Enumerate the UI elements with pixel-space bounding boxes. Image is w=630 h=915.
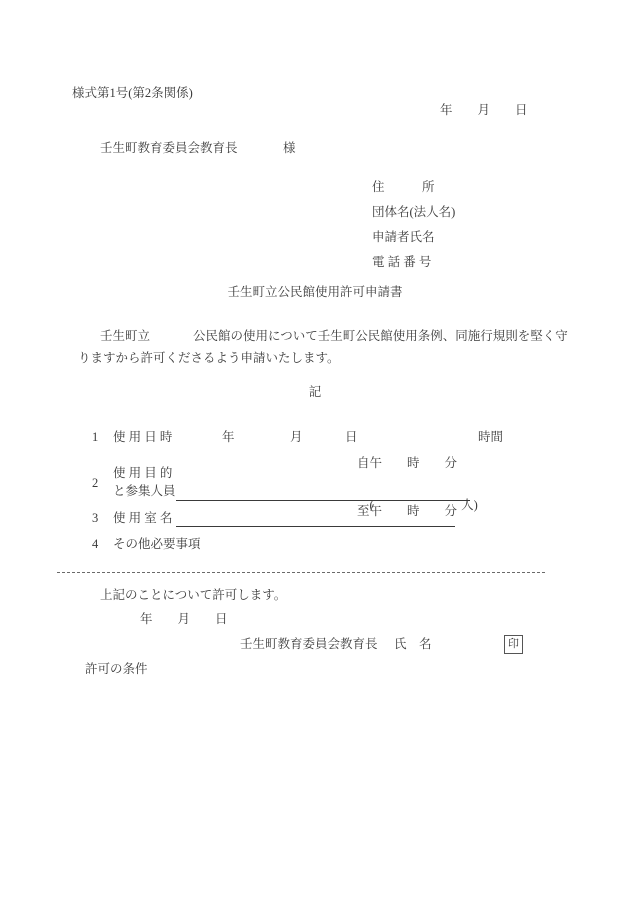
addressee-name: 壬生町教育委員会教育長: [100, 141, 238, 156]
item1-number: 1: [92, 430, 98, 445]
item1-usage-datetime-label: 使 用 日 時: [113, 430, 172, 445]
body-statement-line1: 公民館の使用について壬生町公民館使用条例、同施行規則を堅く守: [193, 329, 568, 344]
usage-month-label: 月: [290, 430, 303, 445]
document-title: 壬生町立公民館使用許可申請書: [0, 285, 630, 300]
usage-room-fill-line: [176, 511, 455, 527]
record-marker: 記: [0, 385, 630, 400]
usage-duration-label: 時間: [478, 430, 503, 445]
permit-conditions-label: 許可の条件: [85, 662, 148, 677]
usage-day-label: 日: [345, 430, 358, 445]
item2-purpose-label-line2: と参集人員: [113, 484, 176, 499]
usage-purpose-fill-line: ( 人): [176, 483, 470, 501]
usage-year-label: 年: [222, 430, 235, 445]
body-statement-line2: りますから許可くださるよう申請いたします。: [78, 351, 340, 366]
body-hall-name-prefix: 壬生町立: [100, 329, 150, 344]
addressee-honorific: 様: [283, 141, 296, 156]
application-date-blank: 年 月 日: [440, 103, 528, 118]
item3-room-label: 使 用 室 名: [113, 511, 172, 526]
form-style-number: 様式第1号(第2条関係): [72, 86, 193, 101]
item4-other-label: その他必要事項: [113, 537, 201, 552]
item3-number: 3: [92, 511, 98, 526]
cut-line-divider: [57, 572, 545, 573]
item2-number: 2: [92, 476, 98, 491]
approval-statement: 上記のことについて許可します。: [100, 588, 286, 603]
usage-time-from: 自午 時 分: [357, 455, 457, 471]
application-form-page: 様式第1号(第2条関係) 年 月 日 壬生町教育委員会教育長 様 住 所 団体名…: [0, 0, 630, 915]
applicant-organization-label: 団体名(法人名): [372, 205, 455, 220]
approval-seal-mark: 印: [504, 635, 523, 654]
approval-date-blank: 年 月 日: [140, 612, 228, 627]
applicant-address-label: 住 所: [372, 180, 435, 195]
applicant-phone-label: 電 話 番 号: [372, 255, 431, 270]
approver-name-label: 氏 名: [394, 637, 432, 652]
item4-number: 4: [92, 537, 98, 552]
approver-title: 壬生町教育委員会教育長: [240, 637, 378, 652]
applicant-name-label: 申請者氏名: [372, 230, 435, 245]
item2-purpose-label-line1: 使 用 目 的: [113, 466, 172, 481]
